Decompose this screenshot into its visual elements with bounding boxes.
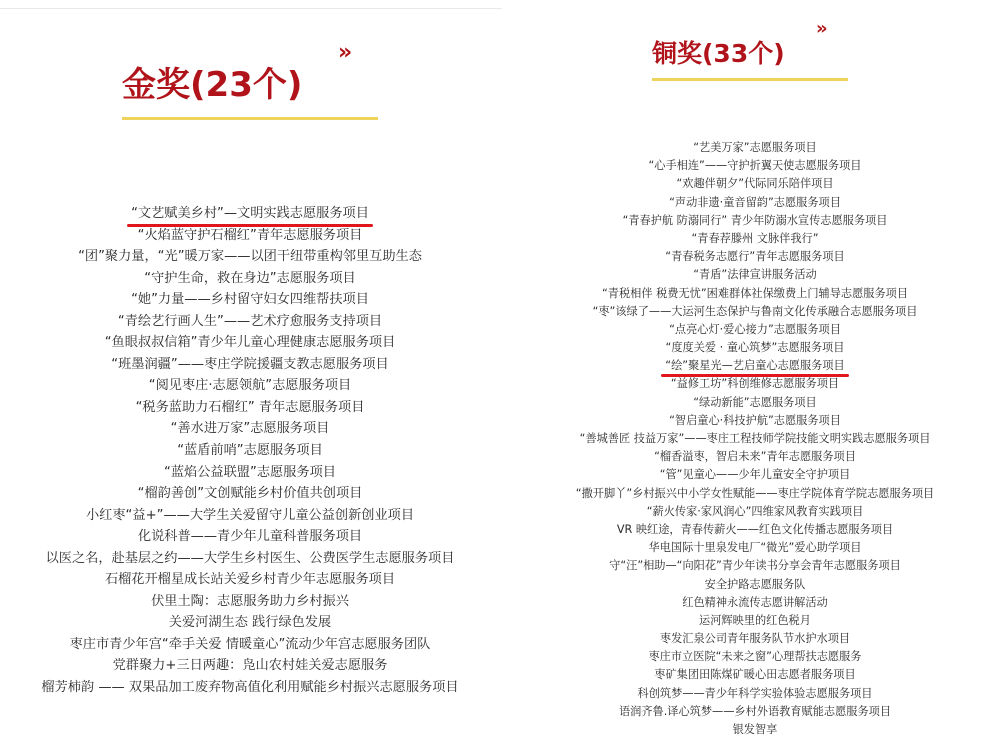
- project-name: “智启童心·科技护航”志愿服务项目: [669, 414, 841, 427]
- award-list-item: 党群聚力+三日两趣：凫山农村娃关爱志愿服务: [0, 655, 500, 677]
- gold-award-title: 金奖(23个): [122, 62, 302, 108]
- project-name: 枣发汇泉公司青年服务队节水护水项目: [660, 632, 850, 645]
- award-list-item: “守护生命，救在身边”志愿服务项目: [0, 268, 500, 290]
- project-name: “善水进万家”志愿服务项目: [171, 421, 330, 436]
- award-list-item: “青税相伴 税费无忧”困难群体社保缴费上门辅导志愿服务项目: [510, 285, 1000, 303]
- gold-award-list: “文艺赋美乡村”—文明实践志愿服务项目“火焰蓝守护石榴红”青年志愿服务项目“团”…: [0, 203, 500, 699]
- award-list-item: “青绘艺行画人生”——艺术疗愈服务支持项目: [0, 311, 500, 333]
- award-list-item: “团”聚力量，“光”暖万家——以团干纽带重构邻里互助生态: [0, 246, 500, 268]
- award-list-item: 枣发汇泉公司青年服务队节水护水项目: [510, 630, 1000, 648]
- award-list-item: 化说科普——青少年儿童科普服务项目: [0, 526, 500, 548]
- project-name: 银发智享: [733, 723, 778, 736]
- project-name: “青春护航 防溺同行” 青少年防溺水宣传志愿服务项目: [623, 214, 888, 227]
- project-name: “火焰蓝守护石榴红”青年志愿服务项目: [138, 228, 363, 243]
- award-list-item: “枣”该绿了——大运河生态保护与鲁南文化传承融合志愿服务项目: [510, 303, 1000, 321]
- project-name: 化说科普——青少年儿童科普服务项目: [138, 529, 362, 544]
- project-name: “税务蓝助力石榴红” 青年志愿服务项目: [136, 400, 365, 415]
- project-name: 小红枣“益+”——大学生关爱留守儿童公益创新创业项目: [86, 508, 414, 523]
- project-name: “青盾”法律宣讲服务活动: [693, 268, 816, 281]
- highlighted-project-name: “绘”聚星光—艺启童心志愿服务项目: [665, 357, 844, 375]
- award-list-item: “智启童心·科技护航”志愿服务项目: [510, 412, 1000, 430]
- project-name: “守护生命，救在身边”志愿服务项目: [144, 271, 355, 286]
- project-name: 枣矿集团田陈煤矿暖心田志愿者服务项目: [654, 668, 855, 681]
- project-name: 伏里土陶：志愿服务助力乡村振兴: [151, 594, 349, 609]
- award-list-item: 以医之名，赴基层之约——大学生乡村医生、公费医学生志愿服务项目: [0, 548, 500, 570]
- project-name: “青春荐滕州 文脉伴我行”: [691, 232, 818, 245]
- award-list-item: 石榴花开榴星成长站关爱乡村青少年志愿服务项目: [0, 569, 500, 591]
- project-name: “度度关爱 · 童心筑梦”志愿服务项目: [666, 341, 845, 354]
- award-list-item: 枣矿集团田陈煤矿暖心田志愿者服务项目: [510, 666, 1000, 684]
- award-list-item: “欢趣伴朝夕”代际同乐陪伴项目: [510, 175, 1000, 193]
- award-list-item: 伏里土陶：志愿服务助力乡村振兴: [0, 591, 500, 613]
- gold-award-panel: » 金奖(23个) “文艺赋美乡村”—文明实践志愿服务项目“火焰蓝守护石榴红”青…: [0, 0, 500, 750]
- project-name: 语润齐鲁.译心筑梦——乡村外语教育赋能志愿服务项目: [619, 705, 891, 718]
- award-list-item: “榴韵善创”文创赋能乡村价值共创项目: [0, 483, 500, 505]
- project-name: “榴香溢枣，智启未来”青年志愿服务项目: [654, 450, 856, 463]
- project-name: “阅见枣庄·志愿领航”志愿服务项目: [149, 378, 351, 393]
- award-list-item: 关爱河湖生态 践行绿色发展: [0, 612, 500, 634]
- project-name: “她”力量——乡村留守妇女四维帮扶项目: [131, 292, 369, 307]
- award-list-item: “声动非遗·童音留韵”志愿服务项目: [510, 194, 1000, 212]
- award-list-item: 守“汪”相助—“向阳花”青少年读书分享会青年志愿服务项目: [510, 557, 1000, 575]
- project-name: “团”聚力量，“光”暖万家——以团干纽带重构邻里互助生态: [78, 249, 422, 264]
- award-list-item: “薪火传家·家风润心”四维家风教育实践项目: [510, 503, 1000, 521]
- project-name: 科创筑梦——青少年科学实验体验志愿服务项目: [638, 687, 873, 700]
- award-list-item: “度度关爱 · 童心筑梦”志愿服务项目: [510, 339, 1000, 357]
- award-list-item: “青春护航 防溺同行” 青少年防溺水宣传志愿服务项目: [510, 212, 1000, 230]
- award-list-item: “文艺赋美乡村”—文明实践志愿服务项目: [0, 203, 500, 225]
- award-list-item: “青春荐滕州 文脉伴我行”: [510, 230, 1000, 248]
- bronze-award-list: “艺美万家”志愿服务项目“心手相连”——守护折翼天使志愿服务项目“欢趣伴朝夕”代…: [510, 139, 1000, 739]
- project-name: “蓝焰公益联盟”志愿服务项目: [164, 465, 336, 480]
- double-chevron-icon: »: [816, 18, 826, 39]
- project-name: 枣庄市青少年宫“牵手关爱 情暖童心”流动少年宫志愿服务团队: [70, 637, 431, 652]
- project-name: “青绘艺行画人生”——艺术疗愈服务支持项目: [118, 314, 382, 329]
- award-list-item: “撒开脚丫”乡村振兴中小学女性赋能——枣庄学院体育学院志愿服务项目: [510, 485, 1000, 503]
- project-name: “鱼眼叔叔信箱”青少年儿童心理健康志愿服务项目: [105, 335, 396, 350]
- award-list-item: “管”见童心——少年儿童安全守护项目: [510, 466, 1000, 484]
- project-name: 枣庄市立医院“未来之窗”心理帮扶志愿服务: [649, 650, 862, 663]
- award-list-item: 银发智享: [510, 721, 1000, 739]
- award-list-item: 小红枣“益+”——大学生关爱留守儿童公益创新创业项目: [0, 505, 500, 527]
- project-name: 运河辉映里的红色税月: [699, 614, 811, 627]
- award-list-item: 安全护路志愿服务队: [510, 576, 1000, 594]
- project-name: “青税相伴 税费无忧”困难群体社保缴费上门辅导志愿服务项目: [602, 287, 908, 300]
- project-name: “声动非遗·童音留韵”志愿服务项目: [669, 196, 841, 209]
- award-list-item: 枣庄市青少年宫“牵手关爱 情暖童心”流动少年宫志愿服务团队: [0, 634, 500, 656]
- award-list-item: “绿动新能”志愿服务项目: [510, 394, 1000, 412]
- bronze-award-title: 铜奖(33个): [652, 36, 785, 72]
- project-name: 安全护路志愿服务队: [705, 578, 806, 591]
- project-name: VR 映红途，青春传薪火——红色文化传播志愿服务项目: [617, 523, 893, 536]
- award-list-item: 红色精神永流传志愿讲解活动: [510, 594, 1000, 612]
- project-name: “青春税务志愿行”青年志愿服务项目: [665, 250, 844, 263]
- project-name: 以医之名，赴基层之约——大学生乡村医生、公费医学生志愿服务项目: [46, 551, 455, 566]
- project-name: “榴韵善创”文创赋能乡村价值共创项目: [138, 486, 363, 501]
- project-name: “薪火传家·家风润心”四维家风教育实践项目: [647, 505, 864, 518]
- project-name: “心手相连”——守护折翼天使志愿服务项目: [649, 159, 862, 172]
- project-name: “蓝盾前哨”志愿服务项目: [177, 443, 323, 458]
- project-name: 红色精神永流传志愿讲解活动: [682, 596, 827, 609]
- project-name: 守“汪”相助—“向阳花”青少年读书分享会青年志愿服务项目: [609, 559, 901, 572]
- project-name: “点亮心灯·爱心接力”志愿服务项目: [669, 323, 841, 336]
- award-list-item: “阅见枣庄·志愿领航”志愿服务项目: [0, 375, 500, 397]
- project-name: “撒开脚丫”乡村振兴中小学女性赋能——枣庄学院体育学院志愿服务项目: [576, 487, 934, 500]
- award-list-item: “益修工坊”科创维修志愿服务项目: [510, 375, 1000, 393]
- award-list-item: “蓝盾前哨”志愿服务项目: [0, 440, 500, 462]
- project-name: “管”见童心——少年儿童安全守护项目: [660, 468, 851, 481]
- award-list-item: “青盾”法律宣讲服务活动: [510, 266, 1000, 284]
- project-name: “欢趣伴朝夕”代际同乐陪伴项目: [676, 177, 833, 190]
- project-name: “枣”该绿了——大运河生态保护与鲁南文化传承融合志愿服务项目: [593, 305, 918, 318]
- award-list-item: “善水进万家”志愿服务项目: [0, 418, 500, 440]
- award-list-item: 枣庄市立医院“未来之窗”心理帮扶志愿服务: [510, 648, 1000, 666]
- award-list-item: 运河辉映里的红色税月: [510, 612, 1000, 630]
- award-list-item: “绘”聚星光—艺启童心志愿服务项目: [510, 357, 1000, 375]
- bronze-award-panel: » 铜奖(33个) “艺美万家”志愿服务项目“心手相连”——守护折翼天使志愿服务…: [510, 0, 1000, 750]
- award-list-item: “艺美万家”志愿服务项目: [510, 139, 1000, 157]
- award-list-item: “火焰蓝守护石榴红”青年志愿服务项目: [0, 225, 500, 247]
- project-name: “善城善匠 技益万家”——枣庄工程技师学院技能文明实践志愿服务项目: [580, 432, 931, 445]
- double-chevron-icon: »: [338, 40, 350, 65]
- gold-title-underline: [122, 117, 378, 120]
- award-list-item: “蓝焰公益联盟”志愿服务项目: [0, 462, 500, 484]
- award-list-item: “心手相连”——守护折翼天使志愿服务项目: [510, 157, 1000, 175]
- project-name: 关爱河湖生态 践行绿色发展: [169, 615, 331, 630]
- award-list-item: “榴香溢枣，智启未来”青年志愿服务项目: [510, 448, 1000, 466]
- award-list-item: “税务蓝助力石榴红” 青年志愿服务项目: [0, 397, 500, 419]
- project-name: “益修工坊”科创维修志愿服务项目: [671, 377, 839, 390]
- project-name: 华电国际十里泉发电厂“微光”爱心助学项目: [649, 541, 862, 554]
- bronze-title-underline: [652, 78, 848, 81]
- award-list-item: “青春税务志愿行”青年志愿服务项目: [510, 248, 1000, 266]
- award-list-item: 科创筑梦——青少年科学实验体验志愿服务项目: [510, 685, 1000, 703]
- award-list-item: VR 映红途，青春传薪火——红色文化传播志愿服务项目: [510, 521, 1000, 539]
- award-list-item: 语润齐鲁.译心筑梦——乡村外语教育赋能志愿服务项目: [510, 703, 1000, 721]
- award-list-item: “班墨润疆”——枣庄学院援疆支教志愿服务项目: [0, 354, 500, 376]
- award-list-item: 榴芳柿韵 —— 双果品加工废弃物高值化利用赋能乡村振兴志愿服务项目: [0, 677, 500, 699]
- award-list-item: “点亮心灯·爱心接力”志愿服务项目: [510, 321, 1000, 339]
- project-name: “艺美万家”志愿服务项目: [693, 141, 816, 154]
- project-name: 石榴花开榴星成长站关爱乡村青少年志愿服务项目: [105, 572, 395, 587]
- highlighted-project-name: “文艺赋美乡村”—文明实践志愿服务项目: [131, 203, 369, 225]
- award-list-item: “善城善匠 技益万家”——枣庄工程技师学院技能文明实践志愿服务项目: [510, 430, 1000, 448]
- project-name: “班墨润疆”——枣庄学院援疆支教志愿服务项目: [111, 357, 388, 372]
- project-name: 榴芳柿韵 —— 双果品加工废弃物高值化利用赋能乡村振兴志愿服务项目: [41, 680, 458, 695]
- award-list-item: “鱼眼叔叔信箱”青少年儿童心理健康志愿服务项目: [0, 332, 500, 354]
- award-list-item: 华电国际十里泉发电厂“微光”爱心助学项目: [510, 539, 1000, 557]
- project-name: “绿动新能”志愿服务项目: [693, 396, 816, 409]
- project-name: 党群聚力+三日两趣：凫山农村娃关爱志愿服务: [113, 658, 388, 673]
- award-list-item: “她”力量——乡村留守妇女四维帮扶项目: [0, 289, 500, 311]
